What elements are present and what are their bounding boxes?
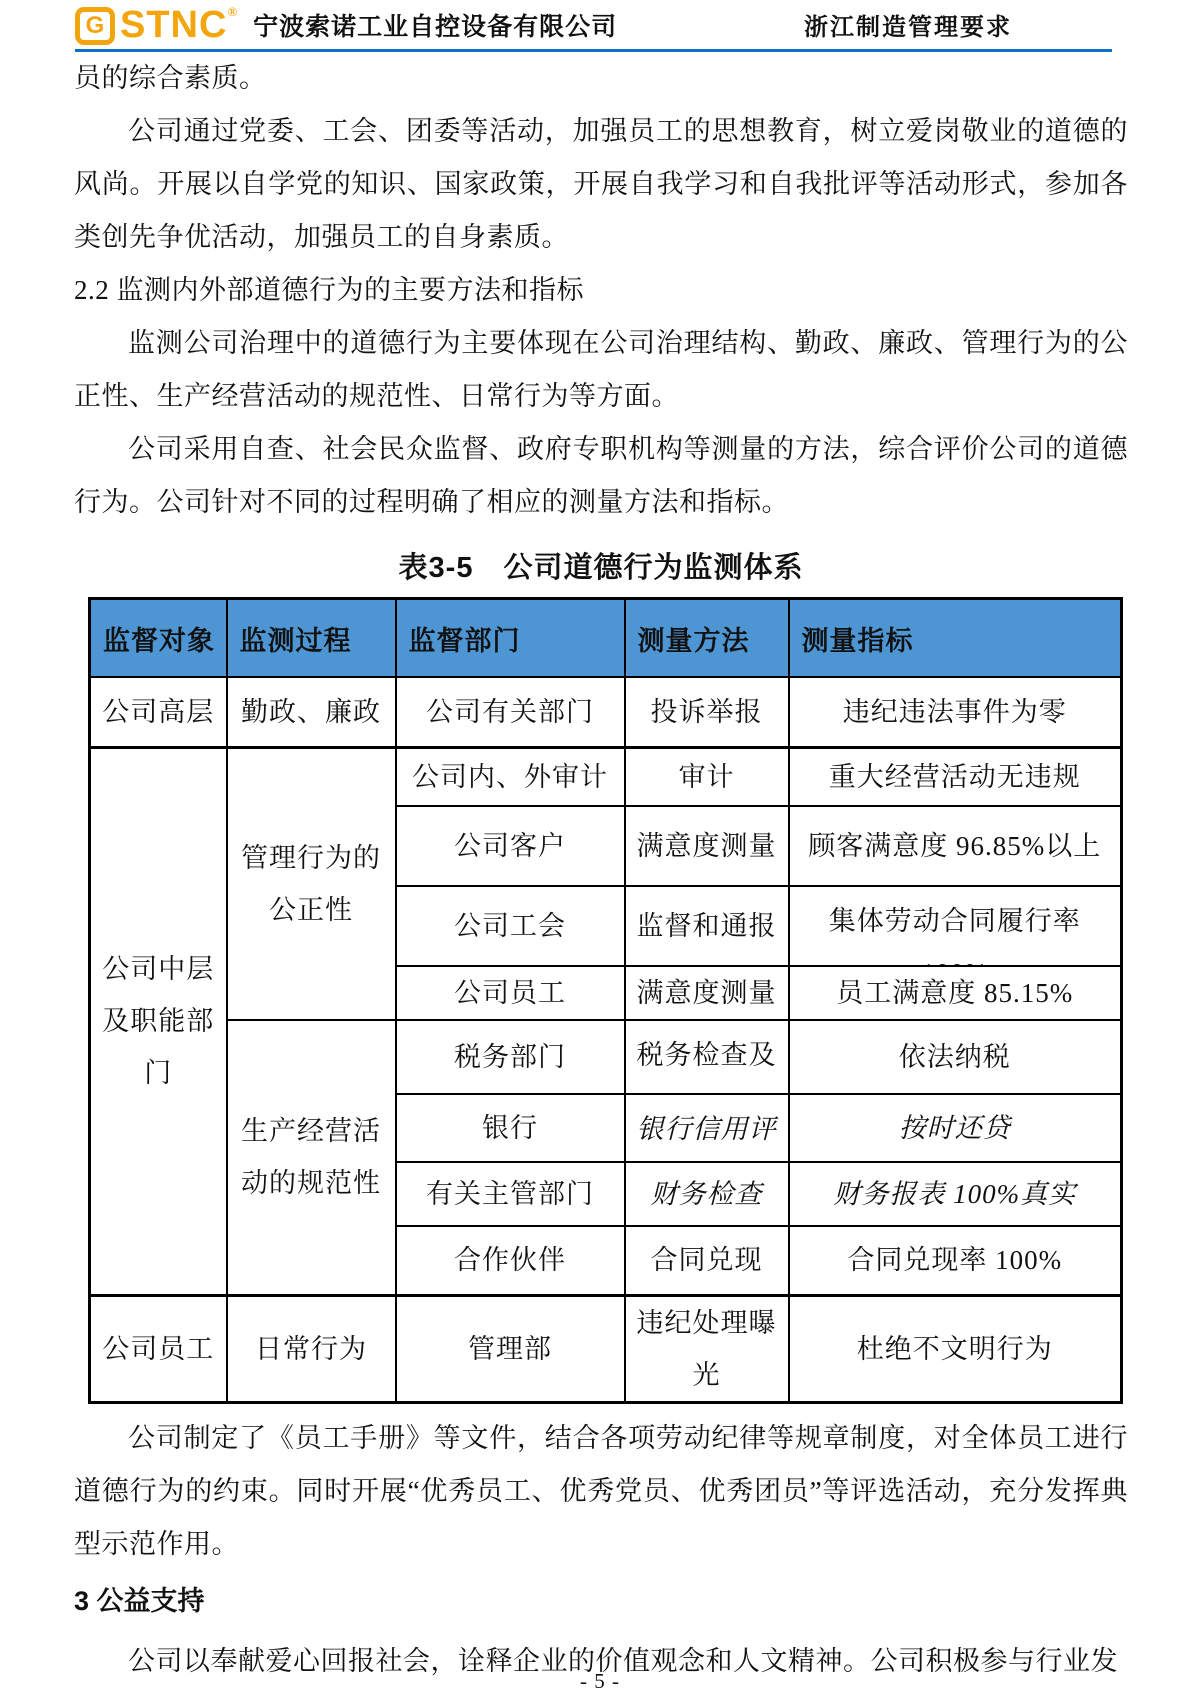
paragraph: 监测公司治理中的道德行为主要体现在公司治理结构、勤政、廉政、管理行为的公正性、生… [74,317,1128,423]
table-row: 生产经营活 动的规范性税务部门税务检查及 评价依法纳税 [90,1020,1122,1094]
paragraph: 公司通过党委、工会、团委等活动，加强员工的思想教育，树立爱岗敬业的道德的风尚。开… [74,105,1128,264]
table-row: 公司员工日常行为管理部违纪处理曝 光杜绝不文明行为 [90,1295,1122,1402]
table-cell: 监督和通报 [625,886,789,966]
table-body: 公司高层勤政、廉政公司有关部门投诉举报违纪违法事件为零公司中层 及职能部 门管理… [90,677,1122,1402]
company-name: 宁波索诺工业自控设备有限公司 [253,7,617,43]
table-cell: 勤政、廉政 [227,677,396,747]
table-cell: 财务报表 100%真实 [789,1162,1122,1226]
table-header-cell: 监督部门 [396,599,625,678]
page-header: G STNC ® 宁波索诺工业自控设备有限公司 浙江制造管理要求 [75,0,1112,52]
page-body: 员的综合素质。 公司通过党委、工会、团委等活动，加强员工的思想教育，树立爱岗敬业… [74,52,1128,1688]
table-cell: 公司高层 [90,677,227,747]
company-logo: G STNC ® [75,5,237,45]
table-cell: 违纪违法事件为零 [789,677,1122,747]
table-cell: 集体劳动合同履行率 100% [789,886,1122,966]
table-cell: 税务部门 [396,1020,625,1094]
table-cell: 满意度测量 [625,806,789,886]
table-cell: 公司客户 [396,806,625,886]
table-cell: 生产经营活 动的规范性 [227,1020,396,1295]
table-header-cell: 监督对象 [90,599,227,678]
table-cell: 审计 [625,747,789,806]
table-cell: 银行信用评 价 [625,1094,789,1162]
table-row: 公司中层 及职能部 门管理行为的 公正性公司内、外审计审计重大经营活动无违规 [90,747,1122,806]
table-cell: 公司员工 [90,1295,227,1402]
section-heading-3: 3 公益支持 [74,1577,1128,1625]
table-cell: 满意度测量 [625,966,789,1020]
logo-brand-text: STNC [120,6,227,44]
table-cell: 公司工会 [396,886,625,966]
table-cell: 按时还贷 [789,1094,1122,1162]
table-header-cell: 监测过程 [227,599,396,678]
table-cell: 合同兑现 [625,1226,789,1295]
table-cell: 公司内、外审计 [396,747,625,806]
table-cell: 违纪处理曝 光 [625,1295,789,1402]
table-row: 公司高层勤政、廉政公司有关部门投诉举报违纪违法事件为零 [90,677,1122,747]
page-number: - 5 - [0,1669,1200,1694]
table-cell: 员工满意度 85.15% [789,966,1122,1020]
table-cell: 日常行为 [227,1295,396,1402]
table-header-row: 监督对象 监测过程 监督部门 测量方法 测量指标 [90,599,1122,678]
logo-g-glyph: G [86,14,105,38]
table-cell: 管理部 [396,1295,625,1402]
paragraph: 公司采用自查、社会民众监督、政府专职机构等测量的方法，综合评价公司的道德行为。公… [74,423,1128,529]
table-title: 表3-5 公司道德行为监测体系 [74,541,1128,595]
monitoring-table: 监督对象 监测过程 监督部门 测量方法 测量指标 公司高层勤政、廉政公司有关部门… [88,597,1123,1404]
table-cell: 合同兑现率 100% [789,1226,1122,1295]
table-cell: 公司中层 及职能部 门 [90,747,227,1295]
table-cell: 管理行为的 公正性 [227,747,396,1020]
document-title: 浙江制造管理要求 [804,7,1012,42]
table-cell: 合作伙伴 [396,1226,625,1295]
table-cell: 杜绝不文明行为 [789,1295,1122,1402]
table-cell: 税务检查及 评价 [625,1020,789,1094]
section-heading-2-2: 2.2 监测内外部道德行为的主要方法和指标 [74,264,1128,317]
table-cell: 投诉举报 [625,677,789,747]
table-cell: 依法纳税 [789,1020,1122,1094]
logo-g-icon: G [75,7,115,45]
registered-trademark-icon: ® [227,4,237,20]
table-cell: 重大经营活动无违规 [789,747,1122,806]
table-cell: 有关主管部门 [396,1162,625,1226]
table-cell: 顾客满意度 96.85%以上 [789,806,1122,886]
paragraph: 公司制定了《员工手册》等文件，结合各项劳动纪律等规章制度，对全体员工进行道德行为… [74,1412,1128,1571]
table-header-cell: 测量方法 [625,599,789,678]
paragraph-continuation: 员的综合素质。 [74,52,1128,105]
table-cell: 公司员工 [396,966,625,1020]
table-cell: 公司有关部门 [396,677,625,747]
document-page: G STNC ® 宁波索诺工业自控设备有限公司 浙江制造管理要求 员的综合素质。… [0,0,1200,1697]
table-cell: 银行 [396,1094,625,1162]
table-header-cell: 测量指标 [789,599,1122,678]
table-cell: 财务检查 [625,1162,789,1226]
